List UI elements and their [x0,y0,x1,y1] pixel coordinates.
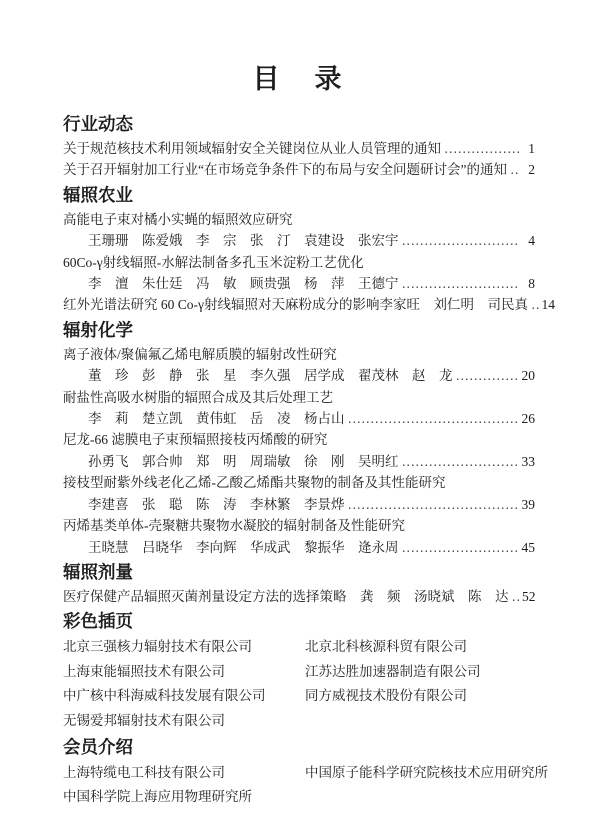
toc-section: 行业动态关于规范核技术利用领域辐射安全关键岗位从业人员管理的通知……………………… [63,112,535,181]
entry-authors: 李建喜 张 聪 陈 涛 李林繁 李景烨 [88,494,345,515]
toc-entry-line: 孙勇飞 郭合帅 郑 明 周瑞敏 徐 刚 吴明红……………………………………………… [63,451,535,472]
toc-section: 会员介绍上海特缆电工科技有限公司中国原子能科学研究院核技术应用研究所中国科学院上… [63,735,535,810]
entry-authors: 王晓慧 吕晓华 李向辉 华成武 黎振华 逄永周 [88,537,399,558]
dot-leader: …………………………………………………………………………………………………………… [456,365,520,386]
entry-authors: 李家旺 刘仁明 司民真 [379,294,528,315]
page-title: 目 录 [63,62,535,96]
dot-leader: …………………………………………………………………………………………………………… [348,494,520,515]
dot-leader: …………………………………………………………………………………………………………… [402,273,520,294]
toc-entry-line: 李 莉 楚立凯 黄伟虹 岳 凌 杨占山………………………………………………………… [63,408,535,429]
entry-title-line: 耐盐性高吸水树脂的辐照合成及其后处理工艺 [63,387,535,408]
entry-title-line: 丙烯基类单体-壳聚糖共聚物水凝胶的辐射制备及性能研究 [63,515,535,536]
section-heading: 辐射化学 [63,318,535,342]
entry-page-number: 2 [521,159,535,180]
organization-name [305,785,548,809]
dot-leader: …………………………………………………………………………………………………………… [402,537,520,558]
section-heading: 会员介绍 [63,735,535,759]
dot-leader: …………………………………………………………………………………………………………… [402,451,520,472]
entry-title: 丙烯基类单体-壳聚糖共聚物水凝胶的辐射制备及性能研究 [63,515,405,536]
entry-title: 医疗保健产品辐照灭菌剂量设定方法的选择策略 [63,586,347,607]
entry-page-number: 14 [541,294,555,315]
dot-leader: …………………………………………………………………………………………………………… [348,408,520,429]
entry-authors: 李 莉 楚立凯 黄伟虹 岳 凌 杨占山 [88,408,345,429]
toc-page: 目 录 行业动态关于规范核技术利用领域辐射安全关键岗位从业人员管理的通知…………… [0,0,598,822]
organization-name: 江苏达胜加速器制造有限公司 [305,660,535,684]
entry-page-number: 39 [521,494,535,515]
entry-authors: 孙勇飞 郭合帅 郑 明 周瑞敏 徐 刚 吴明红 [88,451,399,472]
entry-title: 关于召开辐射加工行业“在市场竞争条件下的布局与安全问题研讨会”的通知 [63,159,507,180]
entry-title: 尼龙-66 滤膜电子束预辐照接枝丙烯酸的研究 [63,429,327,450]
toc-entry-line: 关于规范核技术利用领域辐射安全关键岗位从业人员管理的通知………………………………… [63,138,535,159]
toc-entry-line: 医疗保健产品辐照灭菌剂量设定方法的选择策略 龚 频 汤晓斌 陈 达…………………… [63,586,535,607]
organization-grid: 上海特缆电工科技有限公司中国原子能科学研究院核技术应用研究所中国科学院上海应用物… [63,761,535,810]
entry-page-number: 52 [522,586,536,607]
entry-page-number: 20 [521,365,535,386]
toc-entry-line: 王珊珊 陈爱娥 李 宗 张 汀 袁建设 张宏宇……………………………………………… [63,230,535,251]
entry-title: 离子液体/聚偏氟乙烯电解质膜的辐射改性研究 [63,344,337,365]
toc-entry-line: 红外光谱法研究 60 Co-γ射线辐照对天麻粉成分的影响李家旺 刘仁明 司民真…… [63,294,535,315]
toc-section: 辐射化学离子液体/聚偏氟乙烯电解质膜的辐射改性研究董 珍 彭 静 张 星 李久强… [63,318,535,558]
dot-leader: …………………………………………………………………………………………………………… [512,586,520,607]
toc-section: 辐照剂量医疗保健产品辐照灭菌剂量设定方法的选择策略 龚 频 汤晓斌 陈 达………… [63,560,535,607]
organization-name: 北京北科核源科贸有限公司 [305,635,535,659]
entry-authors: 王珊珊 陈爱娥 李 宗 张 汀 袁建设 张宏宇 [88,230,399,251]
organization-name: 同方威视技术股份有限公司 [305,684,535,708]
entry-title-line: 高能电子束对橘小实蝇的辐照效应研究 [63,209,535,230]
section-heading: 辐照剂量 [63,560,535,584]
entry-authors: 董 珍 彭 静 张 星 李久强 居学成 翟茂林 赵 龙 [88,365,453,386]
toc-section: 彩色插页北京三强核力辐射技术有限公司北京北科核源科贸有限公司上海束能辐照技术有限… [63,609,535,733]
entry-title: 耐盐性高吸水树脂的辐照合成及其后处理工艺 [63,387,333,408]
entry-authors: 龚 频 汤晓斌 陈 达 [347,586,509,607]
entry-page-number: 4 [521,230,535,251]
toc-entry-line: 李 澶 朱仕廷 冯 敏 顾贵强 杨 萍 王德宁……………………………………………… [63,273,535,294]
section-heading: 辐照农业 [63,183,535,207]
dot-leader: …………………………………………………………………………………………………………… [510,159,519,180]
entry-page-number: 33 [521,451,535,472]
toc-section: 辐照农业高能电子束对橘小实蝇的辐照效应研究王珊珊 陈爱娥 李 宗 张 汀 袁建设… [63,183,535,316]
entry-page-number: 1 [521,138,535,159]
toc-sections: 行业动态关于规范核技术利用领域辐射安全关键岗位从业人员管理的通知……………………… [63,112,535,810]
toc-entry-line: 李建喜 张 聪 陈 涛 李林繁 李景烨………………………………………………………… [63,494,535,515]
entry-page-number: 45 [521,537,535,558]
entry-title-line: 尼龙-66 滤膜电子束预辐照接枝丙烯酸的研究 [63,429,535,450]
organization-name [305,709,535,733]
organization-name: 中国科学院上海应用物理研究所 [63,785,305,809]
organization-name: 上海特缆电工科技有限公司 [63,761,305,785]
organization-name: 上海束能辐照技术有限公司 [63,660,305,684]
entry-title: 60Co-γ射线辐照-水解法制备多孔玉米淀粉工艺优化 [63,252,364,273]
entry-page-number: 8 [521,273,535,294]
entry-title: 接枝型耐紫外线老化乙烯-乙酸乙烯酯共聚物的制备及其性能研究 [63,472,446,493]
entry-page-number: 26 [521,408,535,429]
toc-entry-line: 董 珍 彭 静 张 星 李久强 居学成 翟茂林 赵 龙…………………………………… [63,365,535,386]
organization-grid: 北京三强核力辐射技术有限公司北京北科核源科贸有限公司上海束能辐照技术有限公司江苏… [63,635,535,733]
dot-leader: …………………………………………………………………………………………………………… [531,294,539,315]
organization-name: 中广核中科海威科技发展有限公司 [63,684,305,708]
toc-entry-line: 王晓慧 吕晓华 李向辉 华成武 黎振华 逄永周……………………………………………… [63,537,535,558]
entry-title: 关于规范核技术利用领域辐射安全关键岗位从业人员管理的通知 [63,138,441,159]
section-heading: 行业动态 [63,112,535,136]
organization-name: 中国原子能科学研究院核技术应用研究所 [305,761,548,785]
entry-title-line: 接枝型耐紫外线老化乙烯-乙酸乙烯酯共聚物的制备及其性能研究 [63,472,535,493]
organization-name: 无锡爱邦辐射技术有限公司 [63,709,305,733]
entry-title: 红外光谱法研究 60 Co-γ射线辐照对天麻粉成分的影响 [63,294,379,315]
entry-title-line: 离子液体/聚偏氟乙烯电解质膜的辐射改性研究 [63,344,535,365]
entry-title: 高能电子束对橘小实蝇的辐照效应研究 [63,209,293,230]
toc-entry-line: 关于召开辐射加工行业“在市场竞争条件下的布局与安全问题研讨会”的通知………………… [63,159,535,180]
section-heading: 彩色插页 [63,609,535,633]
dot-leader: …………………………………………………………………………………………………………… [444,138,519,159]
dot-leader: …………………………………………………………………………………………………………… [402,230,520,251]
entry-title-line: 60Co-γ射线辐照-水解法制备多孔玉米淀粉工艺优化 [63,252,535,273]
entry-authors: 李 澶 朱仕廷 冯 敏 顾贵强 杨 萍 王德宁 [88,273,399,294]
organization-name: 北京三强核力辐射技术有限公司 [63,635,305,659]
